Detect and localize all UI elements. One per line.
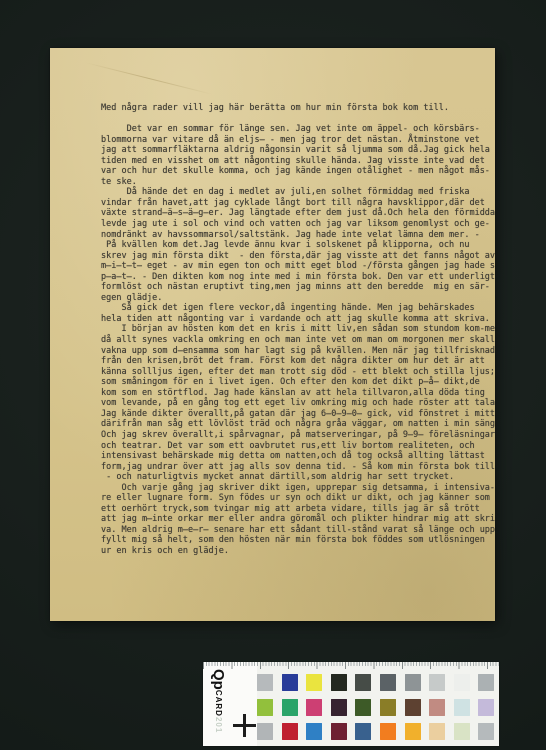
color-patch: [331, 674, 347, 691]
typescript-line: I början av hösten kom det en kris i mit…: [101, 324, 495, 335]
color-patch: [306, 723, 322, 740]
color-patch: [282, 674, 298, 691]
typescript-line: Med några rader vill jag här berätta om …: [101, 103, 495, 114]
qpcard-brand: Qp: [210, 669, 227, 690]
typescript-line: På kvällen kom det.Jag levde ännu kvar i…: [101, 240, 495, 251]
registration-cross-icon: [233, 714, 256, 737]
color-patch: [429, 723, 445, 740]
typescript-line: att jag m̶inte orkar mer eller andra gör…: [101, 514, 495, 525]
typescript-line: egen glädje.: [101, 293, 495, 304]
typescript-line: ur en kris och en glädje.: [101, 546, 495, 557]
color-patch: [331, 699, 347, 716]
color-patch: [478, 674, 494, 691]
typescript-line: re eller lugnare form. Syn födes ur syn …: [101, 493, 495, 504]
ruler-scale: [203, 662, 499, 670]
typescript-line: Då hände det en dag i medlet av juli,en …: [101, 187, 495, 198]
color-patch: [405, 674, 421, 691]
typescript-line: levde jag ute i sol och vind och vatten …: [101, 219, 495, 230]
color-patch: [429, 699, 445, 716]
color-patch: [257, 699, 273, 716]
typescript-line: Och varje gång jag skriver dikt igen, up…: [101, 483, 495, 494]
photo-background: Med några rader vill jag här berätta om …: [0, 0, 546, 750]
color-patch: [355, 723, 371, 740]
color-patch: [478, 723, 494, 740]
typescript-line: p̶a̶t̶. - Den dikten kom nog inte med i …: [101, 272, 495, 283]
typescript-line: kom som en störtflod. Jag hade känslan a…: [101, 388, 495, 399]
typescript-line: därifrån man såg ett lövlöst träd och nå…: [101, 419, 495, 430]
typescript-line: formlöst och nästan eruptivt ting,men ja…: [101, 282, 495, 293]
typescript-line: [101, 114, 495, 125]
color-patch: [380, 674, 396, 691]
typescript-line: var och hur det skulle komma, och jag kä…: [101, 166, 495, 177]
color-patch: [355, 674, 371, 691]
typescript-line: då allt synes vackla omkring en och man …: [101, 335, 495, 346]
typescript-line: blommorna var vitare då än eljs̶ - men j…: [101, 135, 495, 146]
typescript-line: jag att sommarfläktarna aldrig någonsin …: [101, 145, 495, 156]
color-patch: [454, 723, 470, 740]
typescript-line: fyllt mig så helt, som den hösten när mi…: [101, 535, 495, 546]
typescript-line: från den krisen,bröt det fram. Först kom…: [101, 356, 495, 367]
letter-page: Med några rader vill jag här berätta om …: [50, 48, 495, 621]
color-patch: [306, 674, 322, 691]
typescript-line: te ske.: [101, 177, 495, 188]
color-patch: [257, 723, 273, 740]
typescript-line: Så gick det igen flere veckor,då ingenti…: [101, 303, 495, 314]
color-patch: [331, 723, 347, 740]
paper-crease: [86, 62, 212, 94]
typescript-line: vindar från havet,att jag cyklade långt …: [101, 198, 495, 209]
typescript-line: och teatrar. Det var som ett oavbrutet r…: [101, 441, 495, 452]
color-patch: [405, 699, 421, 716]
color-patch: [429, 674, 445, 691]
typescript-line: m̶i̶t̶t̶ eget - av min egen ton och mitt…: [101, 261, 495, 272]
qpcard-logo: QpCARD201: [209, 669, 227, 739]
color-patch-grid: [257, 674, 494, 740]
typescript-line: växte strand̶ä̶s̶ä̶g̶er. Jag längtade ef…: [101, 208, 495, 219]
typescript-line: som småningom för en i livet igen. Och e…: [101, 377, 495, 388]
typescript-line: va. Men aldrig m̶e̶r̶ senare har ett såd…: [101, 525, 495, 536]
color-patch: [380, 699, 396, 716]
color-patch: [282, 723, 298, 740]
color-patch: [282, 699, 298, 716]
typescript-line: hela tiden att någonting var i vardande …: [101, 314, 495, 325]
color-patch: [478, 699, 494, 716]
qpcard-brand-suffix: CARD: [214, 690, 223, 717]
color-patch: [306, 699, 322, 716]
typescript-line: Och jag skrev överallt,i spårvagnar, på …: [101, 430, 495, 441]
typescript-line: ett oerhört tryck,som tvingar mig att ar…: [101, 504, 495, 515]
color-patch: [454, 674, 470, 691]
typescript-line: vom levande, på en gång tog ett eget liv…: [101, 398, 495, 409]
typescript-line: intensivast behärskade mig detta om natt…: [101, 451, 495, 462]
color-patch: [454, 699, 470, 716]
typescript-line: - och naturligtvis mycket annat därtill,…: [101, 472, 495, 483]
color-patch: [355, 699, 371, 716]
typescript-line: nomdränkt av havssommarsol/saltstänk. Ja…: [101, 230, 495, 241]
qpcard-model: 201: [214, 717, 223, 733]
typescript-text: Med några rader vill jag här berätta om …: [101, 103, 495, 557]
typescript-line: vakna upp som d̶ensamma som har lagt sig…: [101, 346, 495, 357]
color-patch: [405, 723, 421, 740]
color-calibration-card: QpCARD201: [203, 662, 499, 746]
color-patch: [380, 723, 396, 740]
typescript-line: form,jag undrar över att jag alls sov de…: [101, 462, 495, 473]
typescript-line: Det var en sommar för länge sen. Jag vet…: [101, 124, 495, 135]
typescript-line: skrev jag min första dikt - den första,d…: [101, 251, 495, 262]
typescript-line: känna sollljus igen, efter det man trott…: [101, 367, 495, 378]
typescript-line: Jag kände dikter överallt,på gatan där j…: [101, 409, 495, 420]
typescript-line: tiden med en visshet om att någonting sk…: [101, 156, 495, 167]
color-patch: [257, 674, 273, 691]
